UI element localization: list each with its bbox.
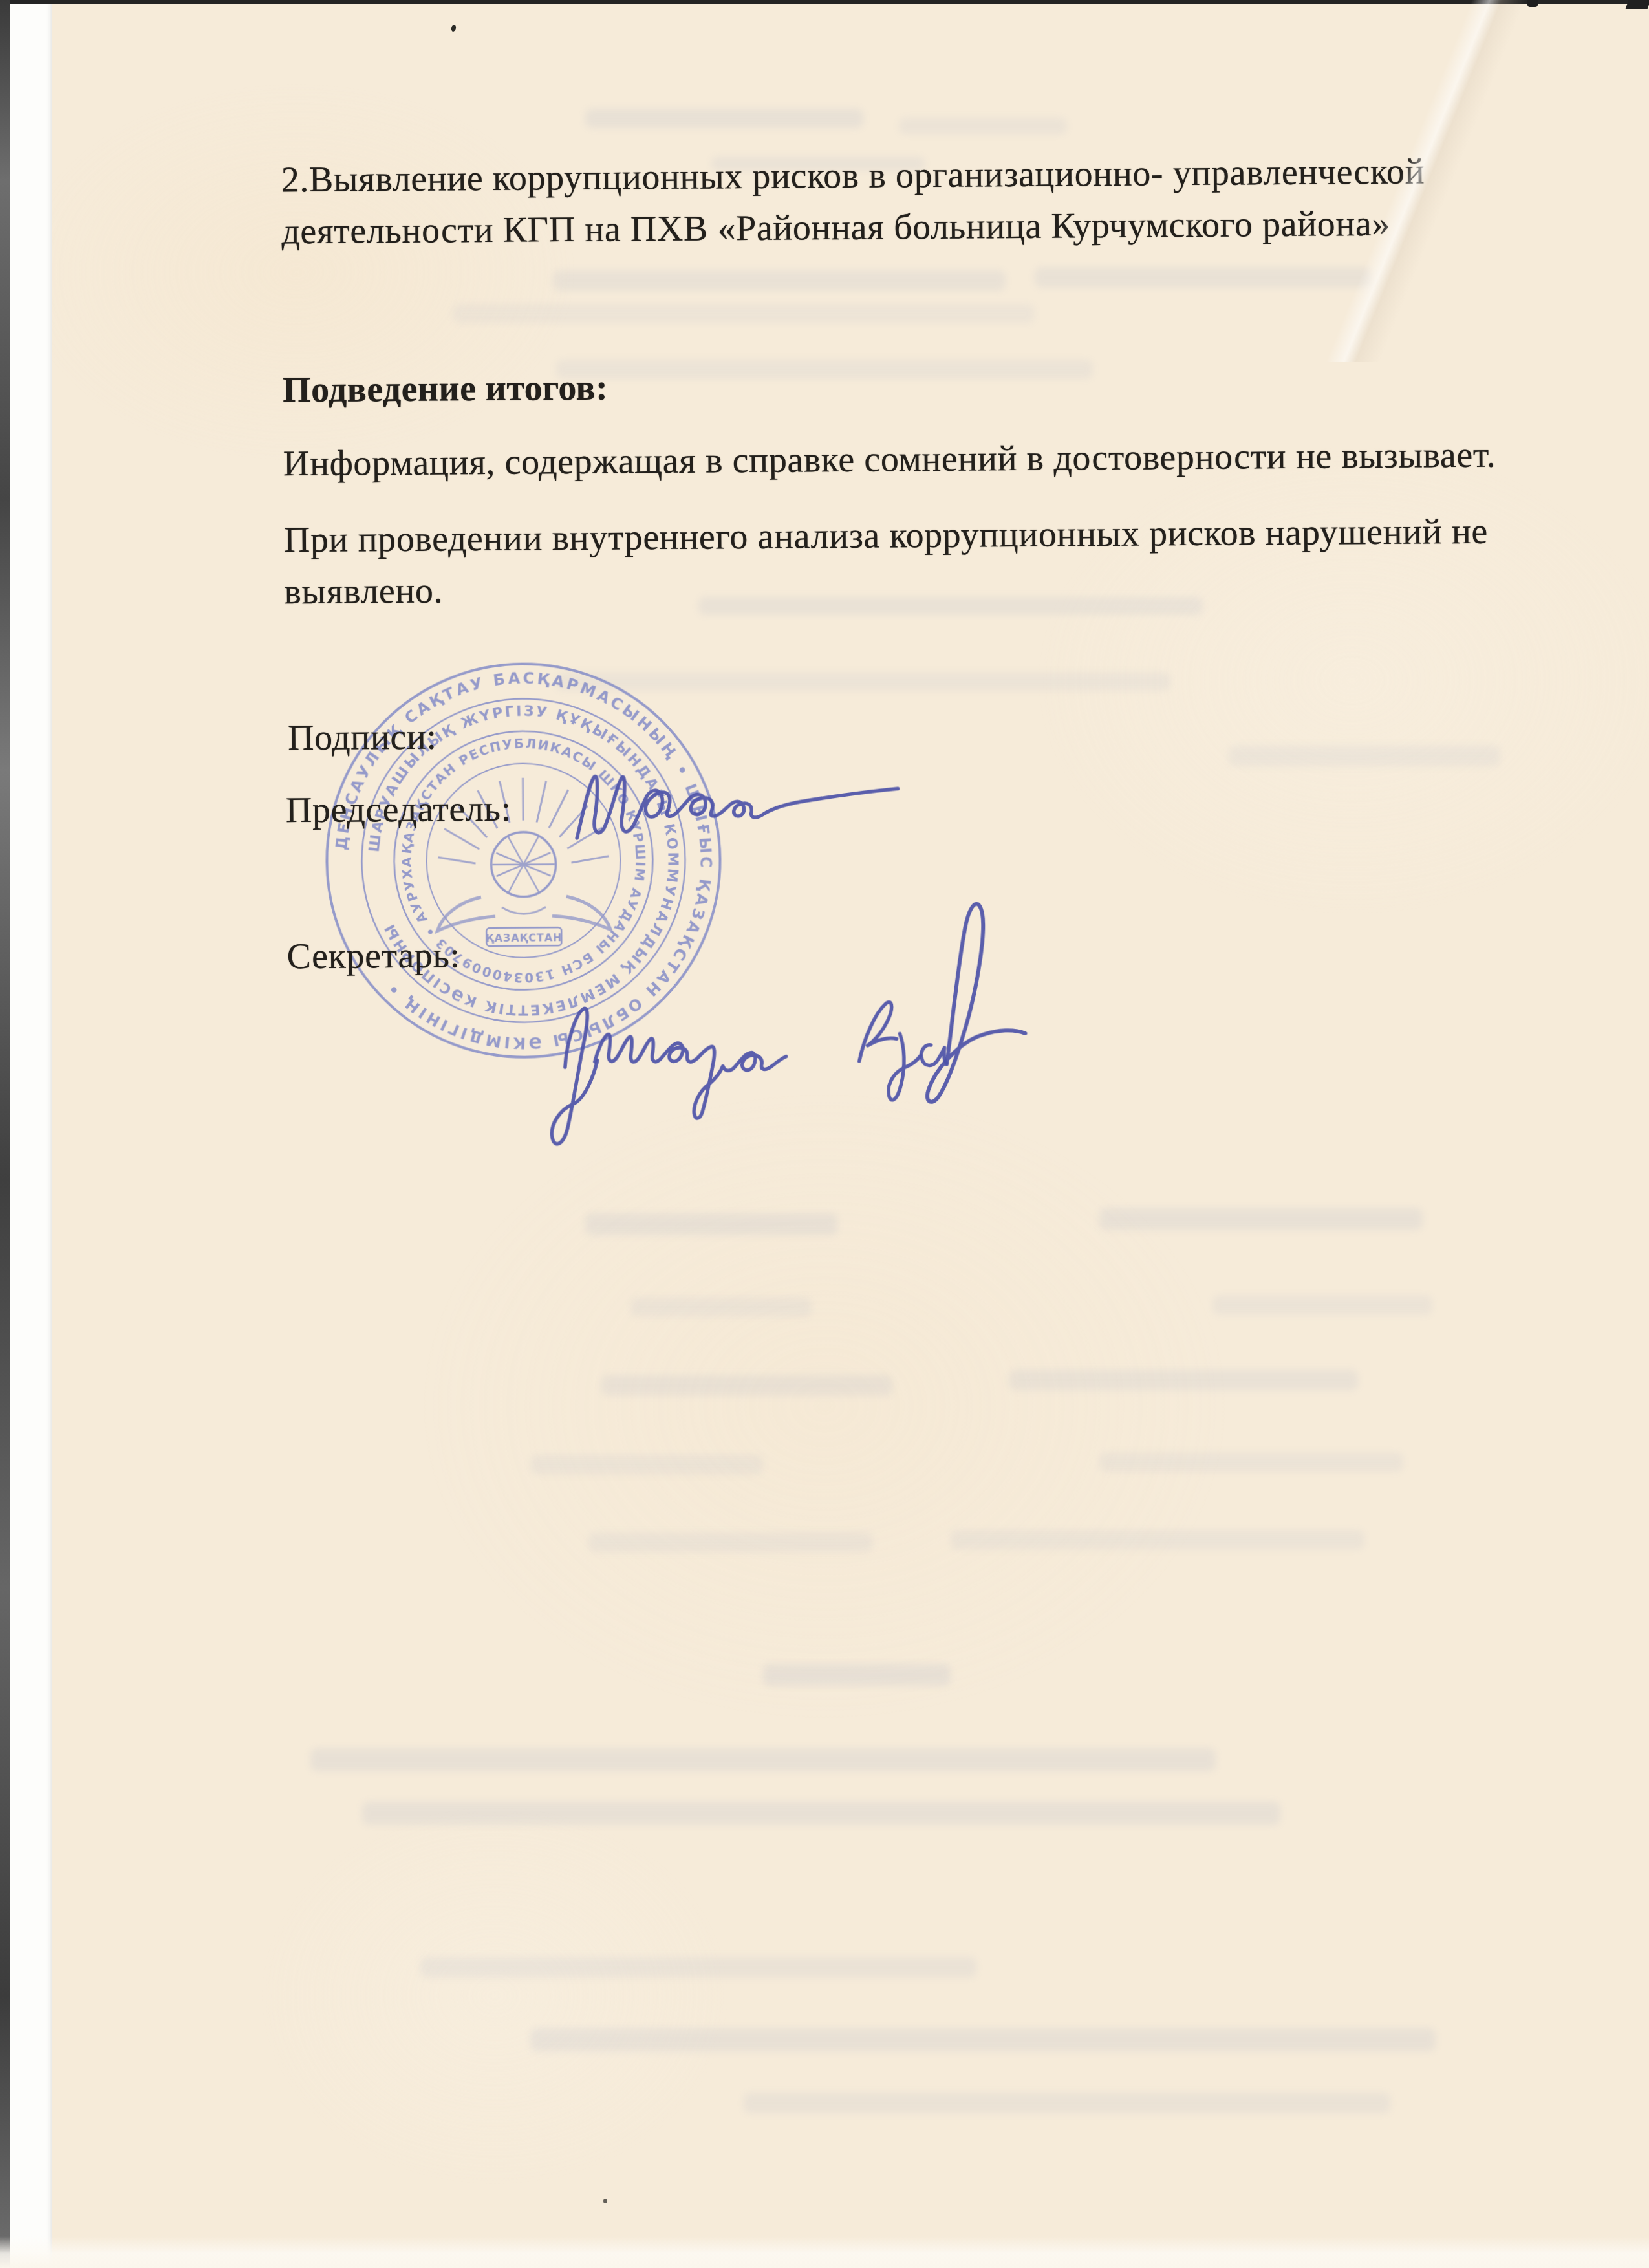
secretary-label: Секретарь: [286,934,460,977]
scanned-document-page: ДЕНСАУЛЫҚ САҚТАУ БАСҚАРМАСЫНЫҢ • ШЫҒЫС Қ… [0,0,1649,2268]
title-line-2: деятельности КГП на ПХВ «Районная больни… [281,203,1390,253]
signatures-label: Подписи: [288,717,437,759]
ink-speck-bottom [603,2199,607,2203]
signatures-layer [0,0,1649,2268]
official-round-stamp: ДЕНСАУЛЫҚ САҚТАУ БАСҚАРМАСЫНЫҢ • ШЫҒЫС Қ… [312,649,735,1072]
document-content: ДЕНСАУЛЫҚ САҚТАУ БАСҚАРМАСЫНЫҢ • ШЫҒЫС Қ… [0,0,1649,2268]
chairman-label: Председатель: [286,788,512,832]
page-top-edge [10,0,1649,4]
paragraph-1: Информация, содержащая в справке сомнени… [283,435,1496,485]
scanner-edge-band [0,0,10,2268]
page-bottom-edge [0,2236,1649,2268]
paragraph-2-line-2: выявлено. [284,570,443,613]
paragraph-2-line-1: При проведении внутреннего анализа корру… [284,511,1488,561]
stamp-center-label: ҚАЗАҚСТАН [486,931,562,944]
top-edge-mark [1527,0,1538,7]
summary-heading: Подведение итогов: [283,367,608,411]
title-line-1: 2.Выявление коррупционных рисков в орган… [281,151,1425,200]
scanner-margin-band [10,0,52,2268]
stamp-graphic: ДЕНСАУЛЫҚ САҚТАУ БАСҚАРМАСЫНЫҢ • ШЫҒЫС Қ… [312,649,735,1072]
top-corner-mark [1626,0,1649,9]
